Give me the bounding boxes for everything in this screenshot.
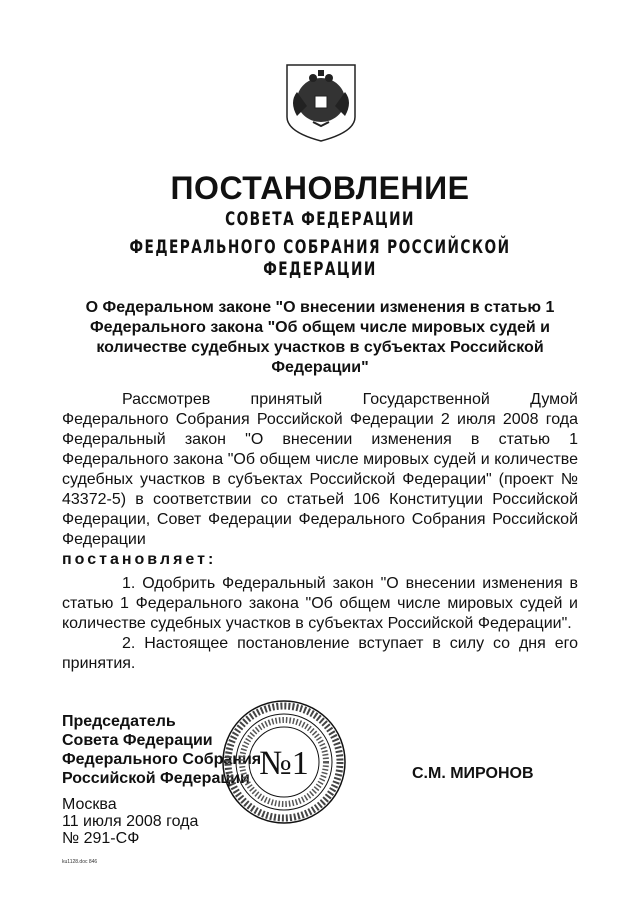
official-seal-icon: №1 xyxy=(220,698,348,826)
subject-line: количестве судебных участков в субъектах… xyxy=(60,338,580,378)
svg-text:№1: №1 xyxy=(259,745,308,782)
clause-2: 2. Настоящее постановление вступает в си… xyxy=(62,634,578,674)
document-number: № 291-СФ xyxy=(62,830,198,847)
signatory-name: С.М. МИРОНОВ xyxy=(412,765,534,783)
preamble: Рассмотрев принятый Государственной Думо… xyxy=(62,390,578,570)
place-and-date: Москва 11 июля 2008 года № 291-СФ xyxy=(62,796,198,847)
decree-word: постановляет: xyxy=(62,550,578,570)
date: 11 июля 2008 года xyxy=(62,813,198,830)
clauses: 1. Одобрить Федеральный закон "О внесени… xyxy=(62,574,578,674)
city: Москва xyxy=(62,796,198,813)
subject-line: Федерального закона "Об общем числе миро… xyxy=(60,318,580,338)
document-title: ПОСТАНОВЛЕНИЕ xyxy=(0,170,640,207)
document-subject: О Федеральном законе "О внесении изменен… xyxy=(60,298,580,378)
preamble-text: Рассмотрев принятый Государственной Думо… xyxy=(62,391,578,548)
file-code: ku1128.doc 846 xyxy=(62,859,97,865)
clause-1: 1. Одобрить Федеральный закон "О внесени… xyxy=(62,574,578,634)
subject-line: О Федеральном законе "О внесении изменен… xyxy=(60,298,580,318)
coat-of-arms-icon xyxy=(283,62,359,144)
document-subtitle-1: СОВЕТА ФЕДЕРАЦИИ xyxy=(90,208,551,230)
document-subtitle-2: ФЕДЕРАЛЬНОГО СОБРАНИЯ РОССИЙСКОЙ ФЕДЕРАЦ… xyxy=(90,236,551,280)
